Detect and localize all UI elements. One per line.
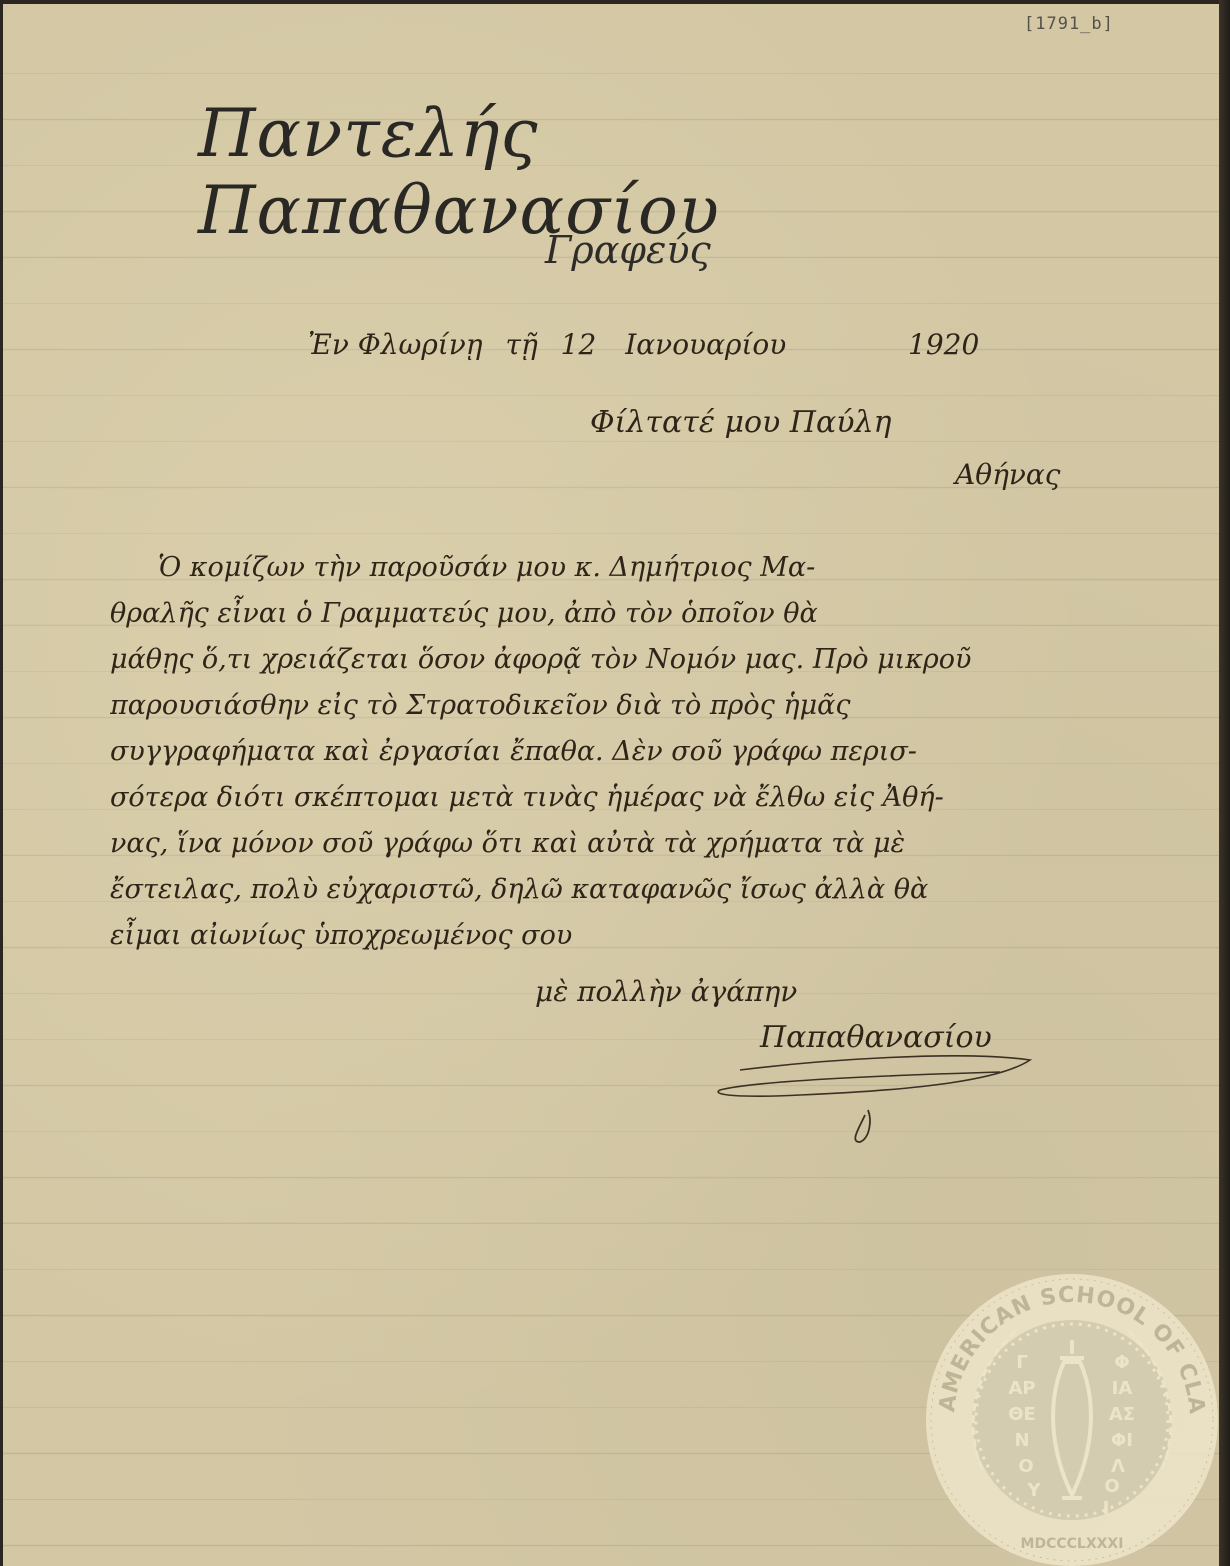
svg-text:Λ: Λ — [1111, 1456, 1125, 1477]
archive-reference: [1791_b] — [1024, 14, 1114, 34]
date-day: 12 — [561, 328, 597, 361]
letterhead-title: Γραφεύς — [545, 228, 711, 272]
salutation: Φίλτατέ μου Παύλη — [590, 405, 891, 440]
body-line: σότερα διότι σκέπτομαι μετὰ τινὰς ἡμέρας… — [110, 775, 1110, 821]
body-line: ἔστειλας, πολὺ εὐχαριστῶ, δηλῶ καταφανῶς… — [110, 867, 1110, 913]
date-month: Ιανουαρίου — [625, 328, 786, 361]
date-article: τῇ — [505, 328, 537, 361]
date-year: 1920 — [908, 328, 979, 361]
svg-text:ΑΡ: ΑΡ — [1008, 1378, 1035, 1399]
body-line: μάθῃς ὅ,τι χρειάζεται ὅσον ἀφορᾷ τὸν Νομ… — [110, 637, 1110, 683]
svg-text:Υ: Υ — [1026, 1480, 1041, 1501]
letterhead-name: Παντελής Παπαθανασίου — [198, 95, 1078, 249]
letter-body: Ὁ κομίζων τὴν παροῦσάν μου κ. Δημήτριος … — [110, 545, 1110, 959]
body-line: νας, ἵνα μόνον σοῦ γράφω ὅτι καὶ αὐτὰ τὰ… — [110, 821, 1110, 867]
signature-flourish-icon — [700, 1020, 1060, 1150]
body-line: θραλῆς εἶναι ὁ Γραμματεύς μου, ἀπὸ τὸν ὁ… — [110, 591, 1110, 637]
date-place: Ἐν Φλωρίνῃ — [308, 328, 483, 361]
recipient-city: Αθήνας — [955, 458, 1060, 491]
body-line: εἶμαι αἰωνίως ὑποχρεωμένος σου — [110, 913, 1110, 959]
svg-text:Ι: Ι — [1103, 1498, 1110, 1519]
svg-text:Ο: Ο — [1018, 1456, 1033, 1477]
body-line: παρουσιάσθην εἰς τὸ Στρατοδικεῖον διὰ τὸ… — [110, 683, 1110, 729]
svg-text:Φ: Φ — [1114, 1352, 1129, 1373]
institution-seal-icon: AMERICAN SCHOOL OF CLASSICAL STUDIES AT … — [922, 1270, 1222, 1566]
svg-text:Ο: Ο — [1104, 1476, 1119, 1497]
svg-text:ΑΣ: ΑΣ — [1109, 1404, 1135, 1425]
scan-edge-top — [0, 0, 1230, 4]
svg-text:ΘΕ: ΘΕ — [1008, 1404, 1036, 1425]
dateline: Ἐν Φλωρίνῃ τῇ 12 Ιανουαρίου 1920 — [308, 328, 786, 361]
svg-text:ΙΑ: ΙΑ — [1112, 1378, 1133, 1399]
svg-text:MDCCCLXXXI: MDCCCLXXXI — [1021, 1536, 1124, 1552]
svg-text:Ν: Ν — [1014, 1430, 1029, 1451]
closing: μὲ πολλὴν ἀγάπην — [535, 975, 797, 1008]
svg-text:Γ: Γ — [1016, 1352, 1027, 1373]
svg-text:ΦΙ: ΦΙ — [1111, 1430, 1133, 1451]
body-line: Ὁ κομίζων τὴν παροῦσάν μου κ. Δημήτριος … — [110, 545, 1110, 591]
body-line: συγγραφήματα καὶ ἐργασίαι ἔπαθα. Δὲν σοῦ… — [110, 729, 1110, 775]
